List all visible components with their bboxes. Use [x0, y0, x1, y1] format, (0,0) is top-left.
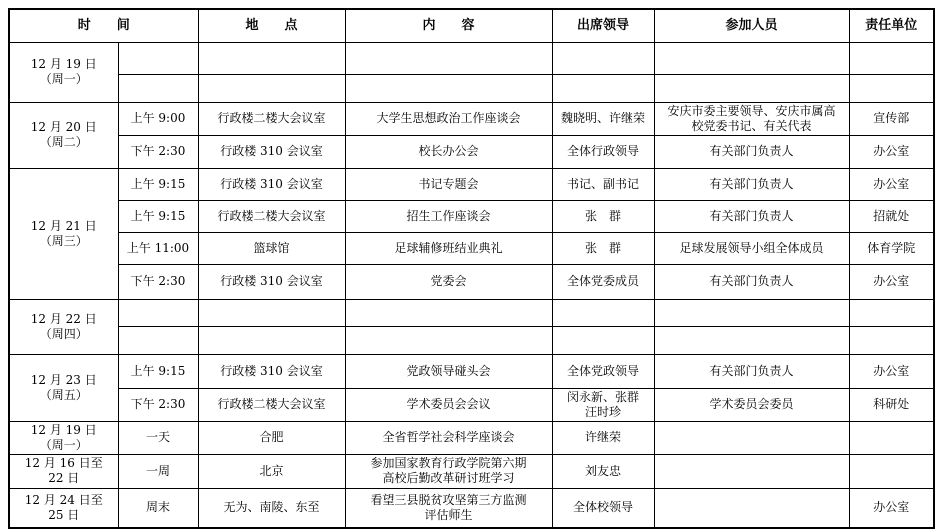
location-cell: 行政楼二楼大会议室 [198, 200, 345, 232]
participants-cell [654, 488, 849, 528]
table-row: 12 月 21 日 （周三）上午 9:15行政楼 310 会议室书记专题会书记、… [9, 168, 934, 200]
content-cell: 党政领导碰头会 [345, 354, 552, 388]
participants-cell: 有关部门负责人 [654, 168, 849, 200]
participants-cell: 学术委员会委员 [654, 388, 849, 421]
content-cell [345, 326, 552, 354]
table-row: 12 月 24 日至 25 日周末无为、南陵、东至看望三县脱贫攻坚第三方监测 评… [9, 488, 934, 528]
participants-cell [654, 454, 849, 488]
content-cell: 全省哲学社会科学座谈会 [345, 421, 552, 454]
participants-cell: 有关部门负责人 [654, 264, 849, 299]
leaders-cell: 全体党委成员 [552, 264, 654, 299]
col-header-content: 内 容 [345, 9, 552, 42]
participants-cell: 有关部门负责人 [654, 135, 849, 168]
unit-cell: 体育学院 [849, 232, 934, 264]
unit-cell: 办公室 [849, 135, 934, 168]
location-cell: 行政楼 310 会议室 [198, 264, 345, 299]
location-cell: 行政楼二楼大会议室 [198, 102, 345, 135]
table-row [9, 74, 934, 102]
participants-cell [654, 42, 849, 74]
header-row: 时 间地 点内 容出席领导参加人员责任单位 [9, 9, 934, 42]
col-header-leaders: 出席领导 [552, 9, 654, 42]
unit-cell: 招就处 [849, 200, 934, 232]
time-cell [118, 42, 198, 74]
unit-cell [849, 421, 934, 454]
unit-cell: 办公室 [849, 264, 934, 299]
unit-cell: 科研处 [849, 388, 934, 421]
participants-cell: 有关部门负责人 [654, 200, 849, 232]
participants-cell [654, 326, 849, 354]
leaders-cell [552, 299, 654, 326]
table-row: 12 月 20 日 （周二）上午 9:00行政楼二楼大会议室大学生思想政治工作座… [9, 102, 934, 135]
leaders-cell [552, 42, 654, 74]
content-cell: 党委会 [345, 264, 552, 299]
participants-cell: 足球发展领导小组全体成员 [654, 232, 849, 264]
date-cell: 12 月 21 日 （周三） [9, 168, 118, 299]
content-cell: 参加国家教育行政学院第六期 高校后勤改革研讨班学习 [345, 454, 552, 488]
date-cell: 12 月 19 日 （周一） [9, 42, 118, 102]
leaders-cell: 全体校领导 [552, 488, 654, 528]
time-cell: 上午 9:00 [118, 102, 198, 135]
col-header-location: 地 点 [198, 9, 345, 42]
leaders-cell: 张 群 [552, 200, 654, 232]
time-cell: 上午 9:15 [118, 168, 198, 200]
leaders-cell: 全体党政领导 [552, 354, 654, 388]
date-cell: 12 月 19 日 （周一） [9, 421, 118, 454]
table-row: 12 月 22 日 （周四） [9, 299, 934, 326]
participants-cell: 安庆市委主要领导、安庆市属高 校党委书记、有关代表 [654, 102, 849, 135]
leaders-cell: 全体行政领导 [552, 135, 654, 168]
time-cell: 上午 11:00 [118, 232, 198, 264]
content-cell [345, 74, 552, 102]
location-cell: 篮球馆 [198, 232, 345, 264]
location-cell: 行政楼二楼大会议室 [198, 388, 345, 421]
leaders-cell: 刘友忠 [552, 454, 654, 488]
content-cell: 大学生思想政治工作座谈会 [345, 102, 552, 135]
unit-cell: 办公室 [849, 168, 934, 200]
leaders-cell: 书记、副书记 [552, 168, 654, 200]
time-cell [118, 299, 198, 326]
date-cell: 12 月 22 日 （周四） [9, 299, 118, 354]
content-cell: 足球辅修班结业典礼 [345, 232, 552, 264]
table-row [9, 326, 934, 354]
content-cell: 学术委员会会议 [345, 388, 552, 421]
leaders-cell: 闵永新、张群 汪时珍 [552, 388, 654, 421]
location-cell: 行政楼 310 会议室 [198, 168, 345, 200]
leaders-cell: 魏晓明、许继荣 [552, 102, 654, 135]
location-cell: 行政楼 310 会议室 [198, 135, 345, 168]
location-cell [198, 326, 345, 354]
content-cell: 招生工作座谈会 [345, 200, 552, 232]
content-cell [345, 42, 552, 74]
unit-cell: 办公室 [849, 354, 934, 388]
schedule-table: 时 间地 点内 容出席领导参加人员责任单位 12 月 19 日 （周一）12 月… [8, 8, 935, 529]
table-row: 12 月 19 日 （周一）一天合肥全省哲学社会科学座谈会许继荣 [9, 421, 934, 454]
date-cell: 12 月 20 日 （周二） [9, 102, 118, 168]
col-header-participants: 参加人员 [654, 9, 849, 42]
time-cell: 一周 [118, 454, 198, 488]
time-cell: 下午 2:30 [118, 264, 198, 299]
time-cell: 一天 [118, 421, 198, 454]
table-row: 12 月 19 日 （周一） [9, 42, 934, 74]
table-row: 下午 2:30行政楼 310 会议室校长办公会全体行政领导有关部门负责人办公室 [9, 135, 934, 168]
leaders-cell [552, 74, 654, 102]
time-cell: 下午 2:30 [118, 388, 198, 421]
table-row: 12 月 23 日 （周五）上午 9:15行政楼 310 会议室党政领导碰头会全… [9, 354, 934, 388]
unit-cell: 办公室 [849, 488, 934, 528]
table-row: 下午 2:30行政楼二楼大会议室学术委员会会议闵永新、张群 汪时珍学术委员会委员… [9, 388, 934, 421]
col-header-unit: 责任单位 [849, 9, 934, 42]
time-cell: 上午 9:15 [118, 354, 198, 388]
table-row: 上午 11:00篮球馆足球辅修班结业典礼张 群足球发展领导小组全体成员体育学院 [9, 232, 934, 264]
table-row: 12 月 16 日至 22 日一周北京参加国家教育行政学院第六期 高校后勤改革研… [9, 454, 934, 488]
time-cell: 上午 9:15 [118, 200, 198, 232]
leaders-cell: 许继荣 [552, 421, 654, 454]
content-cell: 校长办公会 [345, 135, 552, 168]
table-row: 下午 2:30行政楼 310 会议室党委会全体党委成员有关部门负责人办公室 [9, 264, 934, 299]
location-cell [198, 299, 345, 326]
leaders-cell: 张 群 [552, 232, 654, 264]
unit-cell [849, 454, 934, 488]
unit-cell [849, 74, 934, 102]
participants-cell [654, 299, 849, 326]
date-cell: 12 月 24 日至 25 日 [9, 488, 118, 528]
time-cell: 周末 [118, 488, 198, 528]
date-cell: 12 月 16 日至 22 日 [9, 454, 118, 488]
leaders-cell [552, 326, 654, 354]
location-cell: 北京 [198, 454, 345, 488]
table-body: 12 月 19 日 （周一）12 月 20 日 （周二）上午 9:00行政楼二楼… [9, 42, 934, 528]
location-cell [198, 42, 345, 74]
location-cell: 无为、南陵、东至 [198, 488, 345, 528]
location-cell: 合肥 [198, 421, 345, 454]
date-cell: 12 月 23 日 （周五） [9, 354, 118, 421]
location-cell [198, 74, 345, 102]
participants-cell: 有关部门负责人 [654, 354, 849, 388]
col-header-time: 时 间 [9, 9, 198, 42]
table-row: 上午 9:15行政楼二楼大会议室招生工作座谈会张 群有关部门负责人招就处 [9, 200, 934, 232]
unit-cell [849, 326, 934, 354]
time-cell: 下午 2:30 [118, 135, 198, 168]
table-header: 时 间地 点内 容出席领导参加人员责任单位 [9, 9, 934, 42]
content-cell: 看望三县脱贫攻坚第三方监测 评估师生 [345, 488, 552, 528]
content-cell [345, 299, 552, 326]
participants-cell [654, 421, 849, 454]
unit-cell: 宣传部 [849, 102, 934, 135]
participants-cell [654, 74, 849, 102]
unit-cell [849, 299, 934, 326]
location-cell: 行政楼 310 会议室 [198, 354, 345, 388]
unit-cell [849, 42, 934, 74]
time-cell [118, 326, 198, 354]
content-cell: 书记专题会 [345, 168, 552, 200]
time-cell [118, 74, 198, 102]
